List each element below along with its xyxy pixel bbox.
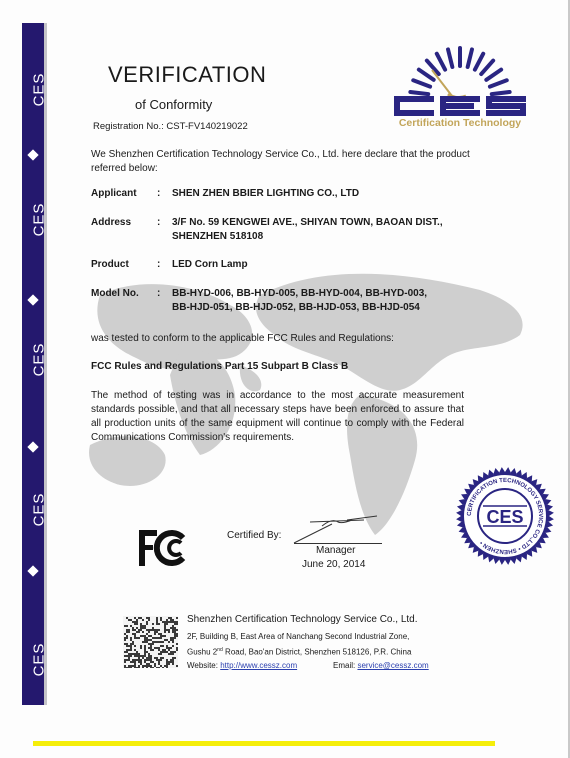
- footer-address-line-1: 2F, Building B, East Area of Nanchang Se…: [187, 632, 409, 641]
- diamond-icon: [27, 441, 38, 452]
- ces-seal: CERTIFICATION TECHNOLOGY SERVICE CO.,LTD…: [455, 466, 555, 566]
- field-colon: :: [157, 217, 160, 228]
- email-link[interactable]: service@cessz.com: [357, 661, 428, 670]
- sidebar-label: CES: [22, 211, 44, 228]
- qr-code[interactable]: [123, 616, 178, 668]
- model-value: BB-HYD-006, BB-HYD-005, BB-HYD-004, BB-H…: [172, 287, 472, 315]
- field-colon: :: [157, 288, 160, 299]
- model-line-1: BB-HYD-006, BB-HYD-005, BB-HYD-004, BB-H…: [172, 287, 472, 301]
- registration-number: Registration No.: CST-FV140219022: [93, 121, 248, 132]
- applicant-value: SHEN ZHEN BBIER LIGHTING CO., LTD: [172, 187, 472, 201]
- signoff-date: June 20, 2014: [302, 559, 365, 570]
- applicant-label: Applicant: [91, 188, 137, 199]
- accent-bar: [33, 741, 495, 746]
- footer-address-line-2: Gushu 2nd Road, Bao'an District, Shenzhe…: [187, 647, 411, 657]
- tested-statement: was tested to conform to the applicable …: [91, 333, 394, 344]
- diamond-icon: [27, 565, 38, 576]
- sidebar-label: CES: [22, 81, 44, 98]
- document-subtitle: of Conformity: [135, 97, 212, 112]
- sidebar-label: CES: [22, 501, 44, 518]
- fcc-logo: [137, 528, 192, 568]
- address-line-1: 3/F No. 59 KENGWEI AVE., SHIYAN TOWN, BA…: [172, 216, 472, 230]
- field-colon: :: [157, 259, 160, 270]
- method-paragraph: The method of testing was in accordance …: [91, 389, 464, 445]
- sidebar-label: CES: [22, 651, 44, 668]
- footer-email: Email: service@cessz.com: [333, 661, 429, 670]
- svg-text:Certification Technology: Certification Technology: [399, 117, 521, 128]
- signer-title: Manager: [316, 545, 355, 556]
- diamond-icon: [27, 294, 38, 305]
- address-line-2: SHENZHEN 518108: [172, 230, 472, 244]
- signature-line: [294, 543, 382, 544]
- product-value: LED Corn Lamp: [172, 258, 472, 272]
- signature: [292, 512, 382, 547]
- model-line-2: BB-HJD-051, BB-HJD-052, BB-HJD-053, BB-H…: [172, 301, 472, 315]
- svg-text:CES: CES: [486, 507, 523, 527]
- rules-heading: FCC Rules and Regulations Part 15 Subpar…: [91, 361, 348, 372]
- sidebar-label: CES: [22, 351, 44, 368]
- sidebar-band: CES CES CES CES CES: [22, 23, 44, 705]
- field-colon: :: [157, 188, 160, 199]
- declaration-text: We Shenzhen Certification Technology Ser…: [91, 148, 471, 176]
- product-label: Product: [91, 259, 129, 270]
- ces-logo: Certification Technology: [380, 38, 540, 128]
- address-value: 3/F No. 59 KENGWEI AVE., SHIYAN TOWN, BA…: [172, 216, 472, 244]
- website-link[interactable]: http://www.cessz.com: [220, 661, 297, 670]
- model-label: Model No.: [91, 288, 139, 299]
- footer-company-name: Shenzhen Certification Technology Servic…: [187, 614, 418, 625]
- certified-by-label: Certified By:: [227, 530, 281, 541]
- diamond-icon: [27, 149, 38, 160]
- address-label: Address: [91, 217, 131, 228]
- footer-website: Website: http://www.cessz.com: [187, 661, 297, 670]
- document-title: VERIFICATION: [108, 62, 266, 88]
